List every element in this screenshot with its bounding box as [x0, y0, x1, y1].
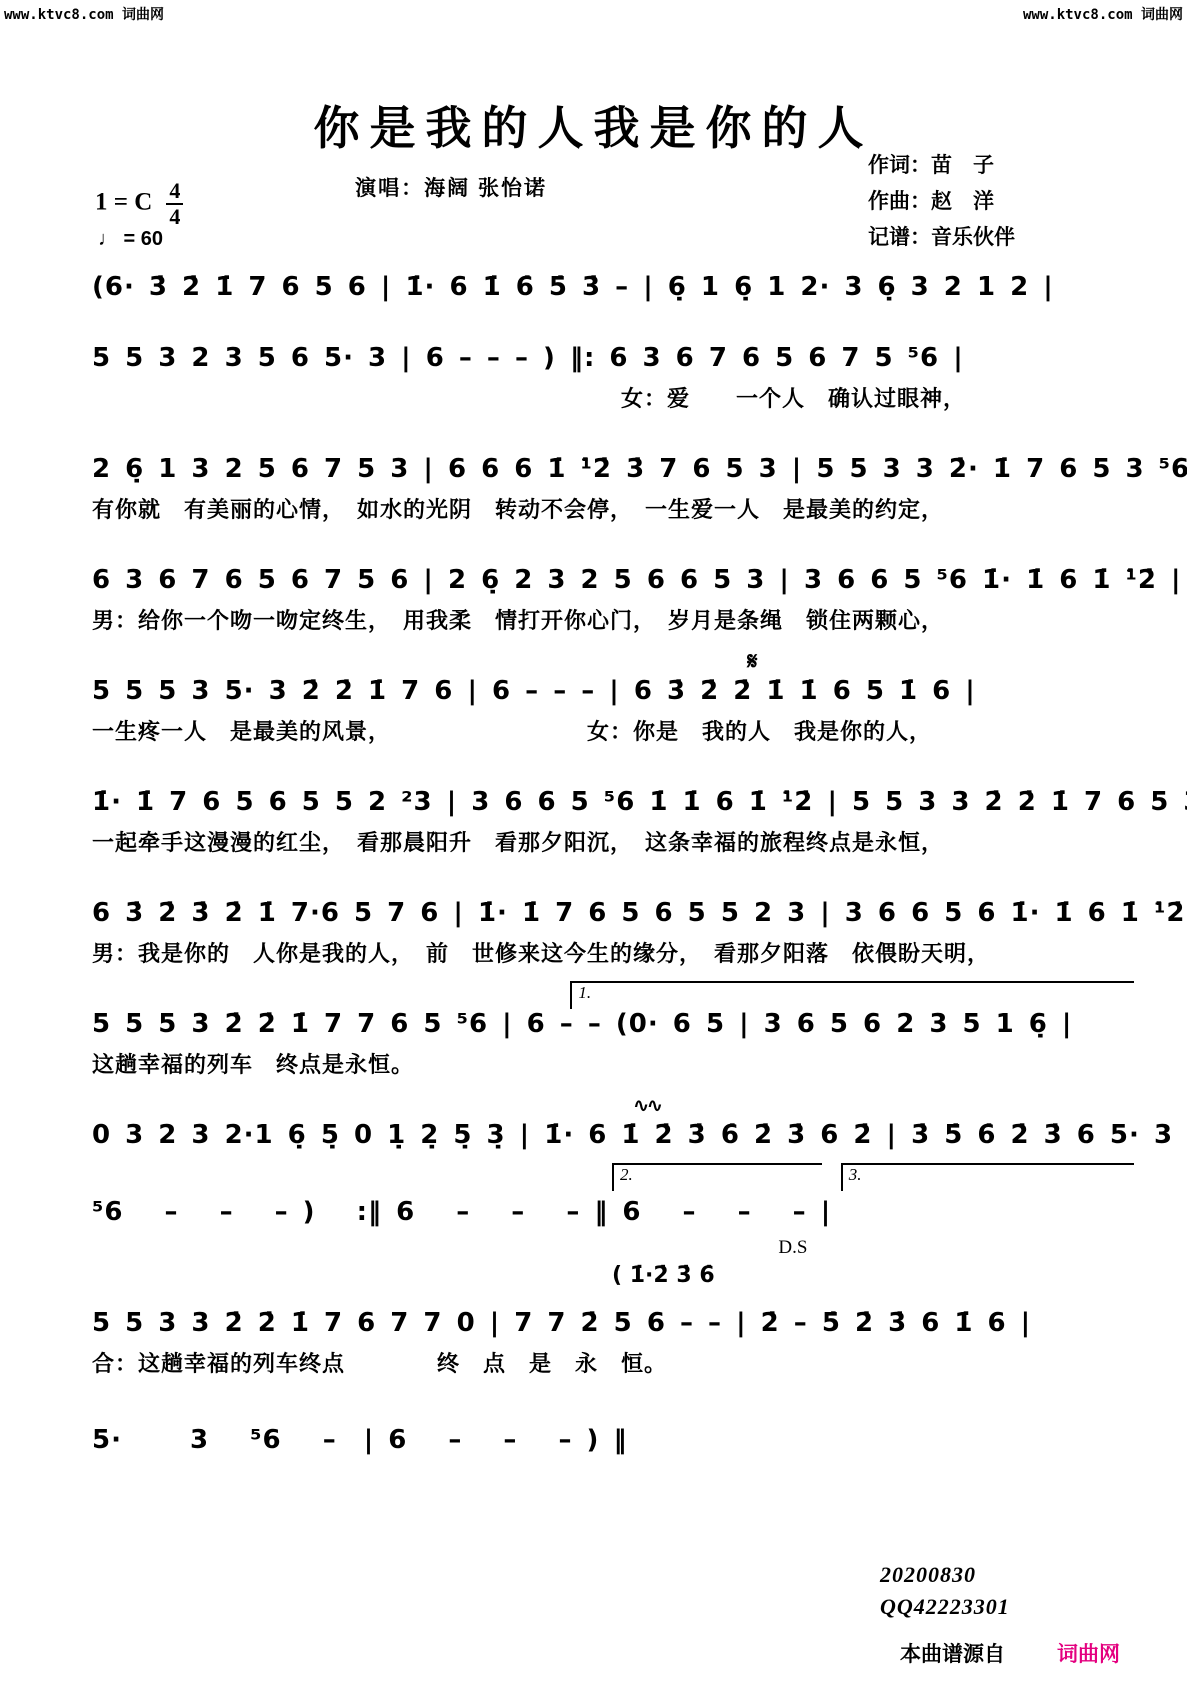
- time-signature: 44: [166, 180, 183, 228]
- volta-bracket-2.: 2.: [612, 1163, 822, 1191]
- notation-line: ⁵6 – – – ) :‖ 6 – – – ‖ 6 – – – |: [92, 1191, 1132, 1228]
- volta-label: 1.: [572, 983, 591, 1002]
- volta-label: 3.: [843, 1165, 862, 1184]
- system-2: 5 5 3 2 3 5 6 5· 3 | 6 – – – ) ‖: 6 3 6 …: [92, 323, 1132, 413]
- lyrics-line: 这趟幸福的列车 终点是永恒。: [92, 1048, 1132, 1079]
- ornament-mark: ∿∿: [633, 1096, 661, 1116]
- footer-source-prefix: 本曲谱源自: [900, 1643, 1005, 1666]
- lyrics-line: 一生疼一人 是最美的风景， 女：你是 我的人 我是你的人，: [92, 715, 1132, 746]
- system-10: 2.3.D.S( 1̇·2̇ 3̇ 6̇⁵6 – – – ) :‖ 6 – – …: [92, 1171, 1132, 1228]
- score-area: (6· 3̇ 2̇ 1̇ 7 6 5 6 | 1̇· 6 1̇ 6̇ 5̇ 3̇…: [92, 252, 1132, 1477]
- lyrics-line: 女：爱 一个人 确认过眼神，: [92, 382, 1132, 413]
- system-3: 2 6̣ 1 3 2 5 6 7 5 3 | 6 6 6 1̇ ¹̇2̇ 3̇ …: [92, 434, 1132, 524]
- lyrics-line: 合：这趟幸福的列车终点 终 点 是 永 恒。: [92, 1347, 1132, 1378]
- volta-bracket-3.: 3.: [841, 1163, 1134, 1191]
- notation-line: 0 3 2 3 2·1 6̣ 5̣ 0 1̣ 2̣ 5̣ 3̣ | 1̇· 6 …: [92, 1120, 1132, 1150]
- watermark-top-left: www.ktvc8.com 词曲网: [4, 4, 164, 24]
- notation-line: 5 5 5 3 2̇ 2̇ 1̇ 7 7 6 5 ⁵6 | 6 – – (0· …: [92, 1009, 1132, 1039]
- footer-date: 20200830: [880, 1562, 976, 1588]
- time-signature-bottom: 4: [166, 205, 183, 228]
- volta-label: 2.: [614, 1165, 633, 1184]
- system-8: 1.5 5 5 3 2̇ 2̇ 1̇ 7 7 6 5 ⁵6 | 6 – – (0…: [92, 989, 1132, 1079]
- lyrics-line: 男：我是你的 人你是我的人， 前 世修来这今生的缘分， 看那夕阳落 依偎盼天明，: [92, 937, 1132, 968]
- notation-line: 2 6̣ 1 3 2 5 6 7 5 3 | 6 6 6 1̇ ¹̇2̇ 3̇ …: [92, 454, 1132, 484]
- credit-lyricist: 作词：苗 子: [868, 148, 1015, 184]
- notation-line: 6 3̇ 2̇ 3̇ 2̇ 1̇ 7·6 5 7 6 | 1̇· 1̇ 7 6 …: [92, 898, 1132, 928]
- ds-mark: D.S: [778, 1238, 807, 1258]
- notation-line: 1̇· 1̇ 7 6 5 6 5 5 2 ²3 | 3 6 6 5 ⁵6 1̇ …: [92, 787, 1132, 817]
- system-4: 6 3 6 7 6 5 6 7 5 6 | 2 6̣ 2 3 2 5 6 6 5…: [92, 545, 1132, 635]
- credits-block: 作词：苗 子 作曲：赵 洋 记谱：音乐伙伴: [868, 148, 1015, 256]
- footer-source-site: 词曲网: [1057, 1643, 1120, 1666]
- watermark-top-right: www.ktvc8.com 词曲网: [1023, 4, 1183, 24]
- pickup-mark: ( 1̇·2̇ 3̇ 6̇: [612, 1266, 715, 1286]
- system-6: 1̇· 1̇ 7 6 5 6 5 5 2 ²3 | 3 6 6 5 ⁵6 1̇ …: [92, 767, 1132, 857]
- sheet-music-page: { "watermarks": { "top_left": "www.ktvc8…: [0, 0, 1187, 1681]
- tempo-marking: ♩ = 60: [98, 228, 163, 251]
- notation-line: 5 5 3 2 3 5 6 5· 3 | 6 – – – ) ‖: 6 3 6 …: [92, 343, 1132, 373]
- notation-line: 5 5 5 3 5· 3 2̇ 2̇ 1̇ 7 6 | 6 – – – | 6 …: [92, 676, 1132, 706]
- lyrics-line: 男：给你一个吻一吻定终生， 用我柔 情打开你心门， 岁月是条绳 锁住两颗心，: [92, 604, 1132, 635]
- key-label: 1 = C: [95, 189, 152, 216]
- system-12: 5· 3 ⁵6 – | 6 – – – ) ‖: [92, 1399, 1132, 1456]
- segno-mark: 𝄋: [747, 652, 757, 672]
- lyrics-line: 有你就 有美丽的心情， 如水的光阴 转动不会停， 一生爱一人 是最美的约定，: [92, 493, 1132, 524]
- credit-transcriber: 记谱：音乐伙伴: [868, 220, 1015, 256]
- notation-line: (6· 3̇ 2̇ 1̇ 7 6 5 6 | 1̇· 6 1̇ 6̇ 5̇ 3̇…: [92, 272, 1132, 302]
- key-signature: 1 = C44: [95, 180, 183, 228]
- footer-qq: QQ42223301: [880, 1594, 1010, 1620]
- system-9: ∿∿0 3 2 3 2·1 6̣ 5̣ 0 1̣ 2̣ 5̣ 3̣ | 1̇· …: [92, 1100, 1132, 1150]
- system-1: (6· 3̇ 2̇ 1̇ 7 6 5 6 | 1̇· 6 1̇ 6̇ 5̇ 3̇…: [92, 252, 1132, 302]
- time-signature-top: 4: [166, 180, 183, 205]
- system-5: 𝄋5 5 5 3 5· 3 2̇ 2̇ 1̇ 7 6 | 6 – – – | 6…: [92, 656, 1132, 746]
- lyrics-line: 一起牵手这漫漫的红尘， 看那晨阳升 看那夕阳沉， 这条幸福的旅程终点是永恒，: [92, 826, 1132, 857]
- volta-bracket-1.: 1.: [570, 981, 1134, 1009]
- notation-line: 5 5 3 3 2̇ 2̇ 1̇ 7 6 7 7 0 | 7 7 2̇ 5 6 …: [92, 1308, 1132, 1338]
- notation-line: 6 3 6 7 6 5 6 7 5 6 | 2 6̣ 2 3 2 5 6 6 5…: [92, 565, 1132, 595]
- notation-line: 5· 3 ⁵6 – | 6 – – – ) ‖: [92, 1419, 1132, 1456]
- footer-source: 本曲谱源自词曲网: [900, 1638, 1120, 1668]
- system-7: 6 3̇ 2̇ 3̇ 2̇ 1̇ 7·6 5 7 6 | 1̇· 1̇ 7 6 …: [92, 878, 1132, 968]
- credit-composer: 作曲：赵 洋: [868, 184, 1015, 220]
- system-11: 5 5 3 3 2̇ 2̇ 1̇ 7 6 7 7 0 | 7 7 2̇ 5 6 …: [92, 1288, 1132, 1378]
